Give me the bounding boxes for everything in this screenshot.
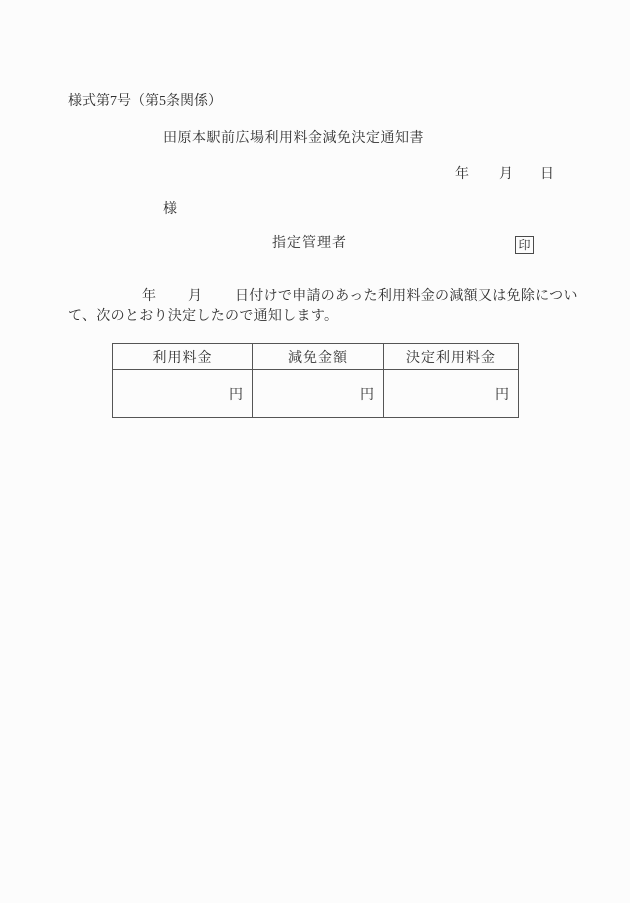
date-month-label: 月 — [499, 167, 513, 183]
issuer-label: 指定管理者 — [272, 236, 347, 252]
fee-table-value-row: 円 円 円 — [113, 370, 519, 418]
document-page: 様式第7号（第5条関係） 田原本駅前広場利用料金減免決定通知書 年 月 日 様 … — [0, 0, 630, 903]
fee-table-header-row: 利用料金 減免金額 決定利用料金 — [113, 344, 519, 370]
seal-placeholder-box: 印 — [515, 236, 534, 254]
fee-table-cell-reduction-amount-yen: 円 — [253, 370, 384, 418]
form-number: 様式第7号（第5条関係） — [68, 94, 222, 110]
fee-table: 利用料金 減免金額 決定利用料金 円 円 円 — [112, 343, 519, 418]
date-day-label: 日 — [540, 167, 554, 183]
fee-table-header-reduction-amount: 減免金額 — [253, 344, 384, 370]
date-year-label: 年 — [455, 167, 469, 183]
seal-mark: 印 — [518, 239, 530, 251]
fee-table-header-decided-usage-fee: 決定利用料金 — [384, 344, 519, 370]
addressee-honorific: 様 — [163, 202, 177, 218]
fee-table-cell-decided-usage-fee-yen: 円 — [384, 370, 519, 418]
fee-table-header-usage-fee: 利用料金 — [113, 344, 253, 370]
body-paragraph-line2: て、次のとおり決定したので通知します。 — [68, 309, 338, 325]
body-date-month-blank: 月 — [188, 289, 202, 305]
body-date-year-blank: 年 — [142, 289, 156, 305]
fee-table-cell-usage-fee-yen: 円 — [113, 370, 253, 418]
body-paragraph-line1: 日付けで申請のあった利用料金の減額又は免除につい — [235, 289, 578, 305]
document-title: 田原本駅前広場利用料金減免決定通知書 — [163, 131, 424, 147]
